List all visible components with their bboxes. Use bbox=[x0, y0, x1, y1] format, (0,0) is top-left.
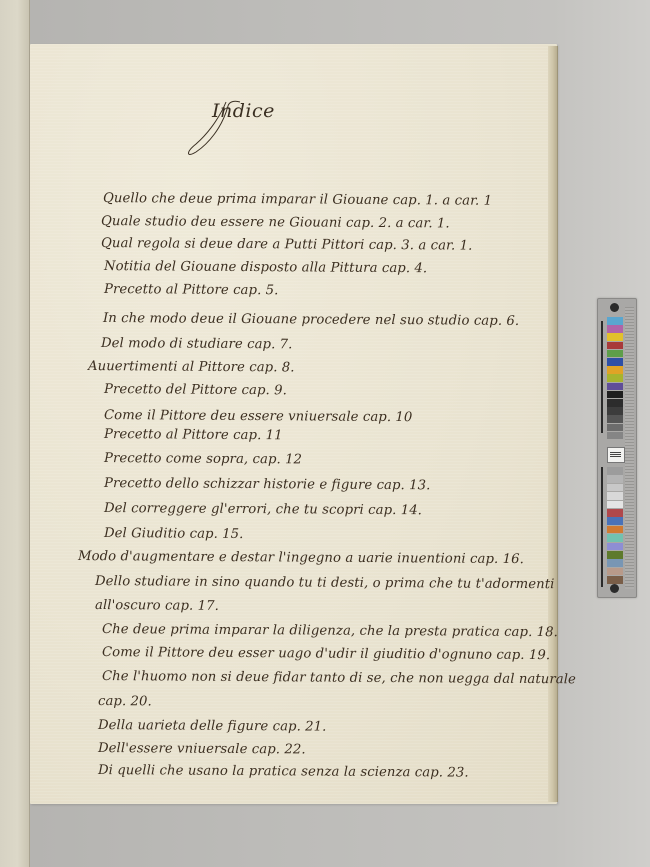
color-patch bbox=[607, 467, 623, 475]
index-entry: Del modo di studiare cap. 7. bbox=[101, 336, 293, 352]
index-entry: Quale studio deu essere ne Giouani cap. … bbox=[101, 214, 450, 231]
color-patch bbox=[607, 517, 623, 525]
color-patch bbox=[607, 415, 623, 423]
color-patch bbox=[607, 559, 623, 567]
color-patch bbox=[607, 568, 623, 576]
index-entry: Precetto al Pittore cap. 5. bbox=[104, 282, 279, 298]
color-patch bbox=[607, 509, 623, 517]
color-patch bbox=[607, 526, 623, 534]
color-patch bbox=[607, 576, 623, 584]
color-patch bbox=[607, 342, 623, 350]
index-entry: Del correggere gl'errori, che tu scopri … bbox=[104, 501, 422, 518]
color-patch bbox=[607, 551, 623, 559]
color-patch bbox=[607, 374, 623, 382]
color-calibration-card bbox=[597, 298, 637, 598]
index-entry: Di quelli che usano la pratica senza la … bbox=[98, 763, 469, 781]
index-entry: Qual regola si deue dare a Putti Pittori… bbox=[101, 236, 473, 254]
index-entry: cap. 20. bbox=[98, 694, 152, 709]
index-entry: Dello studiare in sino quando tu ti dest… bbox=[95, 574, 555, 592]
index-entry: Precetto al Pittore cap. 11 bbox=[104, 427, 283, 443]
index-entry: Precetto come sopra, cap. 12 bbox=[104, 451, 302, 467]
index-entry: Del Giuditio cap. 15. bbox=[104, 526, 244, 542]
color-patch bbox=[607, 391, 623, 399]
color-patch bbox=[607, 475, 623, 483]
index-entry: Precetto dello schizzar historie e figur… bbox=[104, 476, 431, 493]
index-entry: Precetto del Pittore cap. 9. bbox=[104, 382, 287, 398]
color-patch bbox=[607, 501, 623, 509]
card-label-tag bbox=[607, 447, 625, 463]
card-hole-bottom bbox=[610, 584, 619, 593]
index-entry: Che deue prima imparar la diligenza, che… bbox=[102, 622, 558, 640]
index-entry: Della uarieta delle figure cap. 21. bbox=[98, 718, 327, 735]
color-patch bbox=[607, 366, 623, 374]
color-patch bbox=[607, 492, 623, 500]
color-patch bbox=[607, 350, 623, 358]
card-strip-bottom bbox=[601, 467, 603, 587]
previous-leaf-edge bbox=[0, 0, 30, 867]
card-hole-top bbox=[610, 303, 619, 312]
color-patch bbox=[607, 432, 623, 440]
index-entry: Dell'essere vniuersale cap. 22. bbox=[98, 741, 306, 757]
index-entry: all'oscuro cap. 17. bbox=[95, 598, 219, 614]
color-patch bbox=[607, 358, 623, 366]
card-strip-top bbox=[601, 321, 603, 433]
color-patch bbox=[607, 325, 623, 333]
color-patch bbox=[607, 484, 623, 492]
index-entry: Modo d'augmentare e destar l'ingegno a u… bbox=[78, 549, 524, 567]
color-patch bbox=[607, 534, 623, 542]
index-entry: Notitia del Giouane disposto alla Pittur… bbox=[104, 259, 427, 276]
color-patch bbox=[607, 407, 623, 415]
index-entry: Come il Pittore deu essere vniuersale ca… bbox=[104, 408, 413, 425]
page-stack-edge bbox=[548, 46, 558, 802]
index-entry: Auuertimenti al Pittore cap. 8. bbox=[88, 359, 295, 375]
index-entry: Come il Pittore deu esser uago d'udir il… bbox=[102, 645, 550, 663]
color-patch bbox=[607, 543, 623, 551]
color-patch bbox=[607, 399, 623, 407]
color-patch bbox=[607, 317, 623, 325]
index-entry: Quello che deue prima imparar il Giouane… bbox=[103, 191, 492, 209]
index-entry: In che modo deue il Giouane procedere ne… bbox=[103, 311, 519, 329]
color-patch bbox=[607, 424, 623, 432]
page-title: Indice bbox=[212, 100, 275, 122]
card-scale-labels bbox=[625, 307, 634, 589]
color-patch bbox=[607, 333, 623, 341]
color-patch bbox=[607, 383, 623, 391]
